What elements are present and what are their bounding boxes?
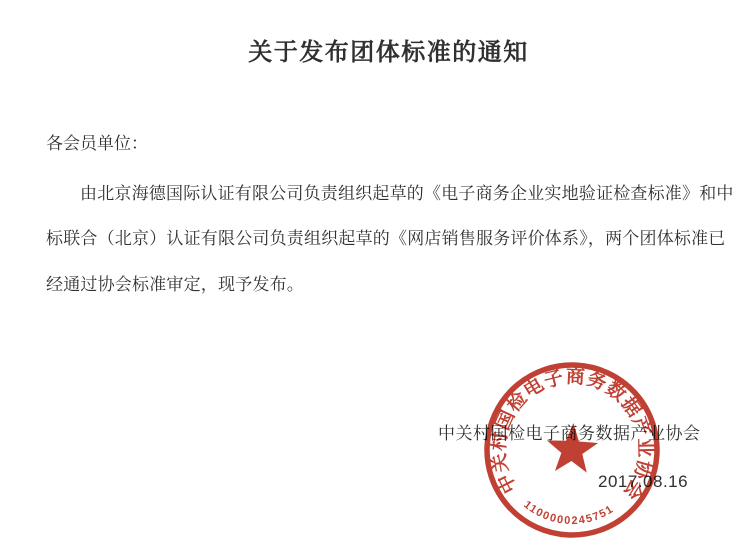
salutation: 各会员单位： [46,132,148,156]
body-line-1: 由北京海德国际认证有限公司负责组织起草的《电子商务企业实地验证检查标准》和中 [46,182,734,206]
star-icon [545,422,599,473]
notice-title: 关于发布团体标准的通知 [28,38,749,68]
document-page: 关于发布团体标准的通知 各会员单位： 由北京海德国际认证有限公司负责组织起草的《… [0,0,749,557]
body-line-2: 标联合（北京）认证有限公司负责组织起草的《网店销售服务评价体系》，两个团体标准已 [46,227,726,251]
official-seal: 中关村国检电子商务数据产业协会 1100000245751 [467,342,678,557]
body-line-3: 经通过协会标准审定，现予发布。 [46,273,304,297]
